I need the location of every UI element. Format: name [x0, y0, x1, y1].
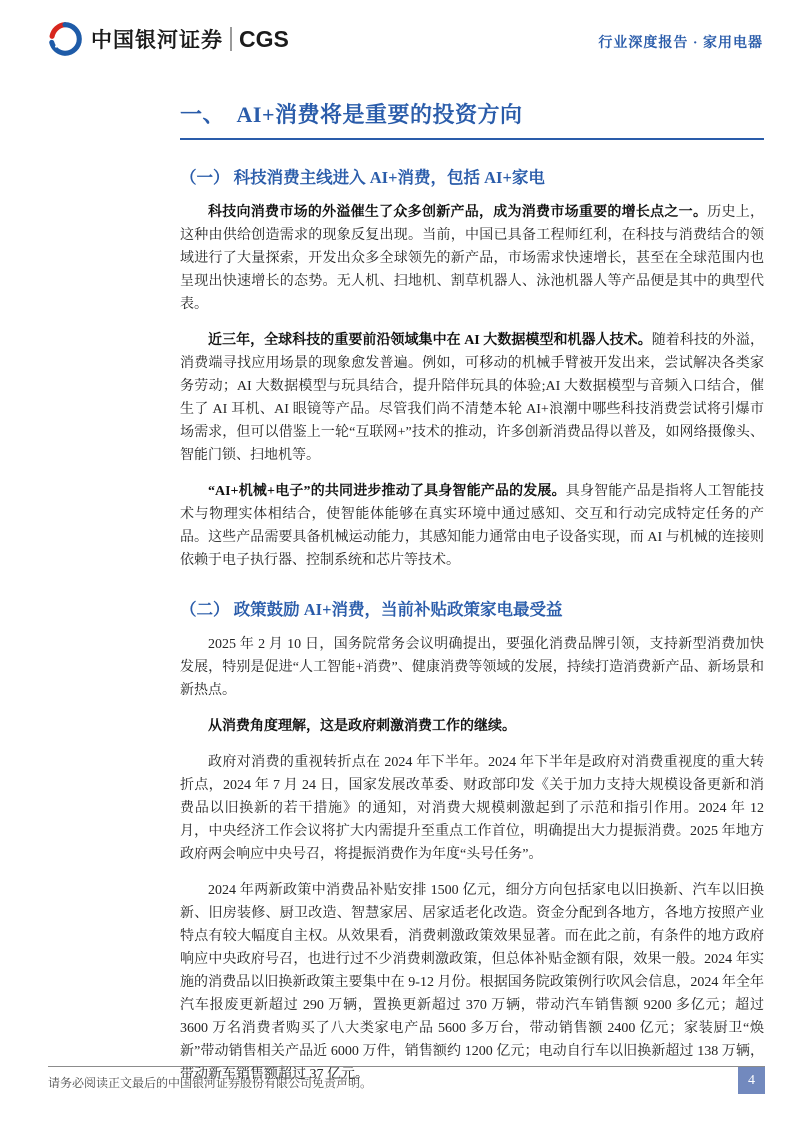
section-1-paragraph-2: 近三年，全球科技的重要前沿领域集中在 AI 大数据模型和机器人技术。随着科技的外…	[180, 329, 764, 467]
section-2-paragraph-3: 政府对消费的重视转折点在 2024 年下半年。2024 年下半年是政府对消费重视…	[180, 751, 764, 866]
brand-divider	[230, 27, 232, 51]
chapter-title: 一、 AI+消费将是重要的投资方向	[180, 98, 764, 140]
brand: 中国银河证券 CGS	[48, 22, 289, 56]
paragraph-lead: 近三年，全球科技的重要前沿领域集中在 AI 大数据模型和机器人技术。	[208, 333, 652, 348]
section-2-paragraph-2: 从消费角度理解，这是政府刺激消费工作的继续。	[180, 715, 764, 738]
section-2-heading: （二） 政策鼓励 AI+消费，当前补贴政策家电最受益	[180, 596, 764, 620]
paragraph-text: 历史上，这种由供给创造需求的现象反复出现。当前，中国已具备工程师红利，在科技与消…	[180, 205, 764, 312]
paragraph-lead: 科技向消费市场的外溢催生了众多创新产品，成为消费市场重要的增长点之一。	[208, 205, 707, 220]
brand-name-cn: 中国银河证券	[91, 24, 223, 54]
paragraph-text: 2025 年 2 月 10 日，国务院常务会议明确提出，要强化消费品牌引领，支持…	[180, 637, 764, 698]
report-footer: 请务必阅读正文最后的中国银河证券股份有限公司免责声明。 4	[48, 1066, 765, 1091]
section-2-paragraph-4: 2024 年两新政策中消费品补贴安排 1500 亿元，细分方向包括家电以旧换新、…	[180, 879, 764, 1086]
report-body: 一、 AI+消费将是重要的投资方向 （一） 科技消费主线进入 AI+消费，包括 …	[0, 98, 793, 1086]
report-type-label: 行业深度报告 · 家用电器	[598, 32, 763, 52]
paragraph-lead: “AI+机械+电子”的共同进步推动了具身智能产品的发展。	[208, 484, 566, 499]
paragraph-text: 2024 年两新政策中消费品补贴安排 1500 亿元，细分方向包括家电以旧换新、…	[180, 883, 764, 1082]
page-number-badge: 4	[738, 1067, 765, 1094]
report-header: 中国银河证券 CGS 行业深度报告 · 家用电器	[0, 0, 793, 56]
paragraph-text: 政府对消费的重视转折点在 2024 年下半年。2024 年下半年是政府对消费重视…	[180, 755, 764, 862]
section-1-heading: （一） 科技消费主线进入 AI+消费，包括 AI+家电	[180, 164, 764, 188]
section-1-paragraph-1: 科技向消费市场的外溢催生了众多创新产品，成为消费市场重要的增长点之一。历史上，这…	[180, 201, 764, 316]
paragraph-text: 随着科技的外溢，消费端寻找应用场景的现象愈发普遍。例如，可移动的机械手臂被开发出…	[180, 333, 764, 463]
galaxy-swirl-icon	[48, 22, 82, 56]
section-2-paragraph-1: 2025 年 2 月 10 日，国务院常务会议明确提出，要强化消费品牌引领，支持…	[180, 633, 764, 702]
brand-name-en: CGS	[239, 26, 289, 53]
section-1-paragraph-3: “AI+机械+电子”的共同进步推动了具身智能产品的发展。具身智能产品是指将人工智…	[180, 480, 764, 572]
paragraph-lead: 从消费角度理解，这是政府刺激消费工作的继续。	[208, 719, 516, 734]
report-page: 中国银河证券 CGS 行业深度报告 · 家用电器 一、 AI+消费将是重要的投资…	[0, 0, 793, 1122]
disclaimer-text: 请务必阅读正文最后的中国银河证券股份有限公司免责声明。	[48, 1067, 765, 1091]
